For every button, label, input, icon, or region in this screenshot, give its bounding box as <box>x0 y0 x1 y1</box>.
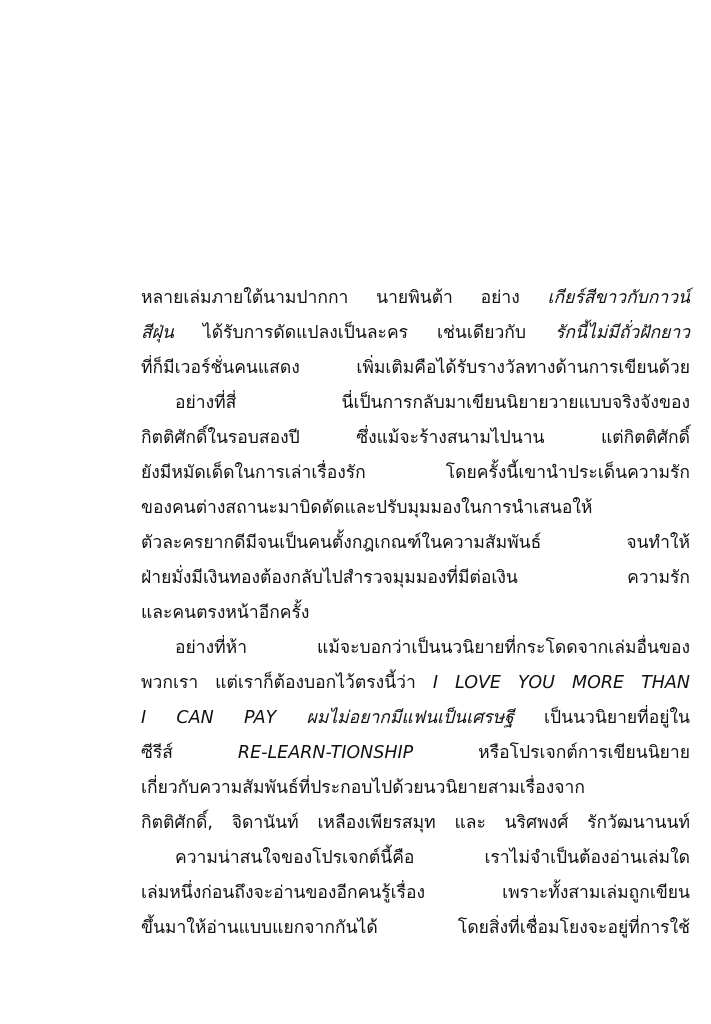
italic-title-text: I LOVE YOU MORE THAN <box>433 673 690 693</box>
text-line: ยังมีหมัดเด็ดในการเล่าเรื่องรัก โดยครั้ง… <box>141 456 690 491</box>
body-text-run: อย่างที่สี่ นี่เป็นการกลับมาเขียนนิยายวา… <box>175 393 690 413</box>
text-line: หลายเล่มภายใต้นามปากกา นายพินต้า อย่าง เ… <box>141 281 690 316</box>
text-line: ที่ก็มีเวอร์ชั่นคนแสดง เพิ่มเติมคือได้รั… <box>141 351 690 386</box>
body-text-run: กิตติศักดิ์, จิดานันท์ เหลืองเพียรสมุท แ… <box>141 813 690 833</box>
body-text-run: ความน่าสนใจของโปรเจกต์นี้คือ เราไม่จำเป็… <box>175 848 690 868</box>
text-line: กิตติศักดิ์, จิดานันท์ เหลืองเพียรสมุท แ… <box>141 806 690 841</box>
italic-title-text: I CAN PAY ผมไม่อยากมีแฟนเป็นเศรษฐี <box>141 708 514 728</box>
text-line: ซีรีส์ RE-LEARN-TIONSHIP หรือโปรเจกต์การ… <box>141 736 690 771</box>
text-line: และคนตรงหน้าอีกครั้ง <box>141 596 690 631</box>
body-text-run: หรือโปรเจกต์การเขียนนิยาย <box>413 743 690 763</box>
body-text-run: ยังมีหมัดเด็ดในการเล่าเรื่องรัก โดยครั้ง… <box>141 463 690 483</box>
italic-title-text: สีฝุ่น <box>141 323 174 343</box>
body-text-run: ที่ก็มีเวอร์ชั่นคนแสดง เพิ่มเติมคือได้รั… <box>141 358 690 378</box>
body-text: หลายเล่มภายใต้นามปากกา นายพินต้า อย่าง เ… <box>141 281 690 946</box>
body-text-run: ซีรีส์ <box>141 743 238 763</box>
body-text-run: ขึ้นมาให้อ่านแบบแยกจากกันได้ โดยสิ่งที่เ… <box>141 918 690 938</box>
text-line: ตัวละครยากดีมีจนเป็นคนตั้งกฎเกณฑ์ในความส… <box>141 526 690 561</box>
body-text-run: พวกเรา แต่เราก็ต้องบอกไว้ตรงนี้ว่า <box>141 673 433 693</box>
body-text-run: เป็นนวนิยายที่อยู่ใน <box>514 708 690 728</box>
text-line: เล่มหนึ่งก่อนถึงจะอ่านของอีกคนรู้เรื่อง … <box>141 876 690 911</box>
text-line: ของคนต่างสถานะมาบิดดัดและปรับมุมมองในการ… <box>141 491 690 526</box>
body-text-run: และคนตรงหน้าอีกครั้ง <box>141 603 309 623</box>
body-text-run: เล่มหนึ่งก่อนถึงจะอ่านของอีกคนรู้เรื่อง … <box>141 883 690 903</box>
italic-title-text: เกียร์สีขาวกับกาวน์ <box>548 288 690 308</box>
document-page: หลายเล่มภายใต้นามปากกา นายพินต้า อย่าง เ… <box>141 281 690 946</box>
italic-title-text: รักนี้ไม่มีถั่วฝักยาว <box>555 323 690 343</box>
text-line: อย่างที่สี่ นี่เป็นการกลับมาเขียนนิยายวา… <box>141 386 690 421</box>
text-line: ขึ้นมาให้อ่านแบบแยกจากกันได้ โดยสิ่งที่เ… <box>141 911 690 946</box>
text-line: I CAN PAY ผมไม่อยากมีแฟนเป็นเศรษฐี เป็นน… <box>141 701 690 736</box>
text-line: อย่างที่ห้า แม้จะบอกว่าเป็นนวนิยายที่กระ… <box>141 631 690 666</box>
text-line: เกี่ยวกับความสัมพันธ์ที่ประกอบไปด้วยนวนิ… <box>141 771 690 806</box>
body-text-run: ได้รับการดัดแปลงเป็นละคร เช่นเดียวกับ <box>174 323 555 343</box>
body-text-run: อย่างที่ห้า แม้จะบอกว่าเป็นนวนิยายที่กระ… <box>175 638 690 658</box>
text-line: ฝ่ายมั่งมีเงินทองต้องกลับไปสำรวจมุมมองที… <box>141 561 690 596</box>
body-text-run: ฝ่ายมั่งมีเงินทองต้องกลับไปสำรวจมุมมองที… <box>141 568 690 588</box>
body-text-run: ตัวละครยากดีมีจนเป็นคนตั้งกฎเกณฑ์ในความส… <box>141 533 690 553</box>
body-text-run: กิตติศักดิ์ในรอบสองปี ซึ่งแม้จะร้างสนามไ… <box>141 428 690 448</box>
body-text-run: เกี่ยวกับความสัมพันธ์ที่ประกอบไปด้วยนวนิ… <box>141 778 585 798</box>
italic-title-text: RE-LEARN-TIONSHIP <box>238 743 413 763</box>
text-line: ความน่าสนใจของโปรเจกต์นี้คือ เราไม่จำเป็… <box>141 841 690 876</box>
body-text-run: หลายเล่มภายใต้นามปากกา นายพินต้า อย่าง <box>141 288 548 308</box>
text-line: สีฝุ่น ได้รับการดัดแปลงเป็นละคร เช่นเดีย… <box>141 316 690 351</box>
text-line: พวกเรา แต่เราก็ต้องบอกไว้ตรงนี้ว่า I LOV… <box>141 666 690 701</box>
body-text-run: ของคนต่างสถานะมาบิดดัดและปรับมุมมองในการ… <box>141 498 592 518</box>
text-line: กิตติศักดิ์ในรอบสองปี ซึ่งแม้จะร้างสนามไ… <box>141 421 690 456</box>
